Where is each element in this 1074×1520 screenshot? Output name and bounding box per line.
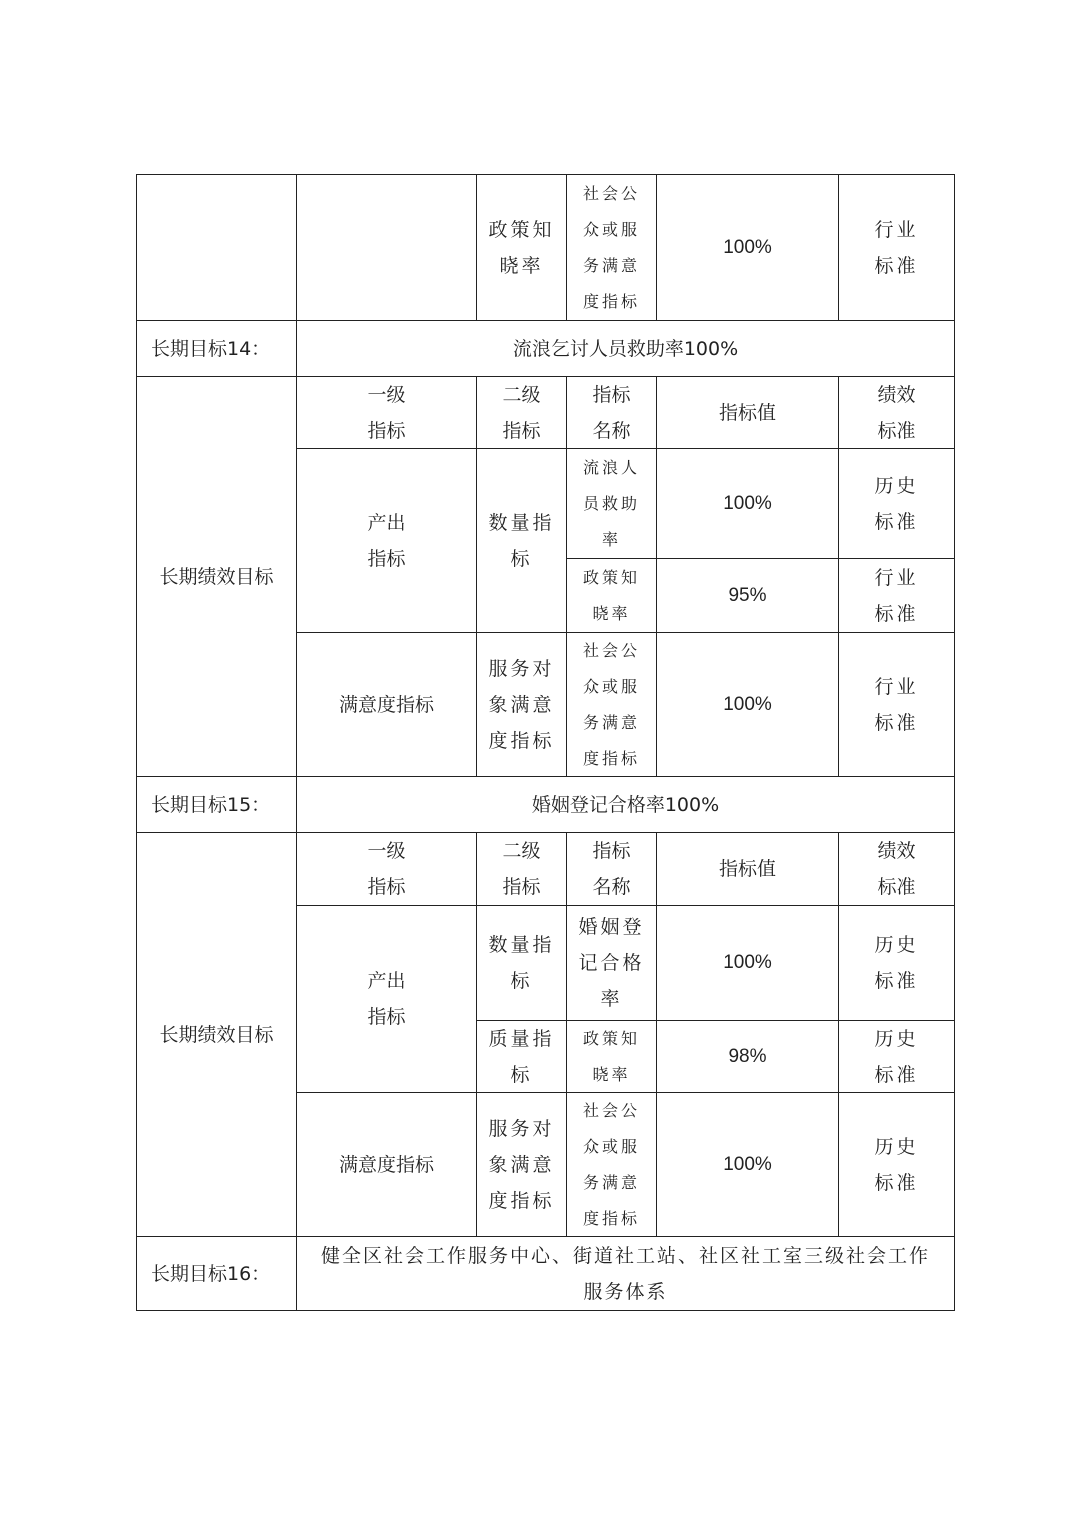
output-label: 产出 指标 [296, 448, 477, 633]
header-level1: 一级 指标 [296, 376, 477, 449]
standard-cell: 行业 标准 [838, 174, 955, 321]
level2-cell: 数量指 标 [476, 905, 567, 1021]
indicator-name-cell: 婚姻登 记合格 率 [566, 905, 657, 1021]
goal-label: 长期目标15： [136, 776, 297, 833]
header-standard: 绩效 标准 [838, 832, 955, 906]
header-name: 指标 名称 [566, 832, 657, 906]
level2-cell: 质量指 标 [476, 1020, 567, 1093]
indicator-value-cell: 100% [656, 174, 839, 321]
indicator-name-cell: 社会公 众或服 务满意 度指标 [566, 174, 657, 321]
indicator-value-cell: 100% [656, 632, 839, 777]
header-name: 指标 名称 [566, 376, 657, 449]
output-label: 产出 指标 [296, 905, 477, 1093]
standard-cell: 历史 标准 [838, 448, 955, 559]
empty-cell [296, 174, 477, 321]
standard-cell: 历史 标准 [838, 905, 955, 1021]
header-value: 指标值 [656, 832, 839, 906]
header-level2: 二级 指标 [476, 832, 567, 906]
goal-label: 长期目标16： [136, 1236, 297, 1311]
perf-goal-label: 长期绩效目标 [136, 376, 297, 777]
goal-text: 流浪乞讨人员救助率100% [296, 320, 955, 377]
perf-goal-label: 长期绩效目标 [136, 832, 297, 1237]
standard-cell: 行业 标准 [838, 632, 955, 777]
header-level2: 二级 指标 [476, 376, 567, 449]
satisfaction-label: 满意度指标 [296, 1092, 477, 1237]
indicator-name-cell: 社会公 众或服 务满意 度指标 [566, 632, 657, 777]
header-level1: 一级 指标 [296, 832, 477, 906]
standard-cell: 行业 标准 [838, 558, 955, 633]
indicator-value-cell: 98% [656, 1020, 839, 1093]
goal-text: 婚姻登记合格率100% [296, 776, 955, 833]
indicator-name-cell: 政策知 晓率 [566, 558, 657, 633]
goal-text: 健全区社会工作服务中心、街道社工站、社区社工室三级社会工作 服务体系 [296, 1236, 955, 1311]
empty-cell [136, 174, 297, 321]
indicator-value-cell: 100% [656, 1092, 839, 1237]
level2-cell: 政策知 晓率 [476, 174, 567, 321]
indicator-name-cell: 社会公 众或服 务满意 度指标 [566, 1092, 657, 1237]
level2-cell: 服务对 象满意 度指标 [476, 632, 567, 777]
indicator-name-cell: 政策知 晓率 [566, 1020, 657, 1093]
header-standard: 绩效 标准 [838, 376, 955, 449]
indicator-value-cell: 100% [656, 905, 839, 1021]
level2-cell: 数量指 标 [476, 448, 567, 633]
indicator-value-cell: 95% [656, 558, 839, 633]
standard-cell: 历史 标准 [838, 1020, 955, 1093]
goal-label: 长期目标14： [136, 320, 297, 377]
satisfaction-label: 满意度指标 [296, 632, 477, 777]
header-value: 指标值 [656, 376, 839, 449]
indicator-value-cell: 100% [656, 448, 839, 559]
indicator-name-cell: 流浪人 员救助 率 [566, 448, 657, 559]
standard-cell: 历史 标准 [838, 1092, 955, 1237]
level2-cell: 服务对 象满意 度指标 [476, 1092, 567, 1237]
